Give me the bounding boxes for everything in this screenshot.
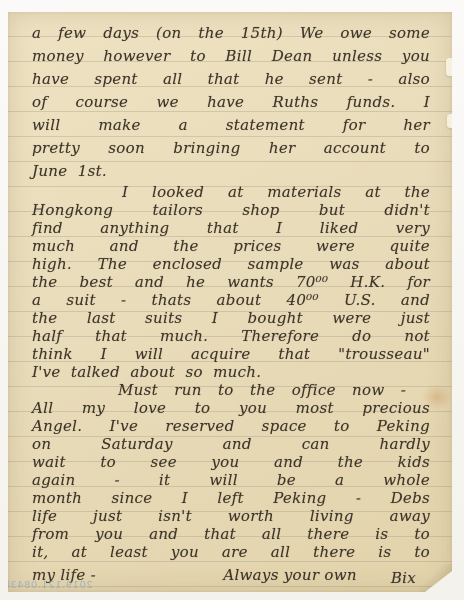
- letter-line: the last suits I bought were just: [32, 309, 430, 327]
- letter-line: find anything that I liked very: [32, 219, 430, 237]
- letter-line: a suit - thats about 40⁰⁰ U.S. and: [32, 291, 430, 309]
- signature-name: Bix: [391, 566, 416, 590]
- letter-line: wait to see you and the kids: [32, 453, 430, 471]
- letter-line: the best and he wants 70⁰⁰ H.K. for: [32, 273, 430, 291]
- letter-line: of course we have Ruths funds. I: [32, 91, 430, 114]
- letter-line: month since I left Peking - Debs: [32, 489, 430, 507]
- letter-line: money however to Bill Dean unless you: [32, 45, 430, 68]
- paper-stain: [422, 384, 452, 410]
- paper-tear: [447, 114, 453, 128]
- letter-line: a few days (on the 15th) We owe some: [32, 22, 430, 45]
- letter-line: Hongkong tailors shop but didn't: [32, 201, 430, 219]
- letter-line: will make a statement for her: [32, 114, 430, 137]
- letter-line: on Saturday and can hardly: [32, 435, 430, 453]
- letter-page: a few days (on the 15th) We owe some mon…: [8, 12, 452, 592]
- letter-line: from you and that all there is to: [32, 525, 430, 543]
- letter-line: I've talked about so much.: [32, 363, 430, 381]
- letter-body: a few days (on the 15th) We owe some mon…: [8, 12, 452, 587]
- letter-line: I looked at materials at the: [32, 183, 430, 201]
- letter-line: half that much. Therefore do not: [32, 327, 430, 345]
- letter-line: life just isn't worth living away: [32, 507, 430, 525]
- letter-line: June 1st.: [32, 160, 430, 183]
- letter-line: think I will acquire that "trousseau": [32, 345, 430, 363]
- letter-line: have spent all that he sent - also: [32, 68, 430, 91]
- letter-line: pretty soon bringing her account to: [32, 137, 430, 160]
- letter-line: much and the prices were quite: [32, 237, 430, 255]
- letter-line: All my love to you most precious: [32, 399, 430, 417]
- folded-corner: [418, 564, 452, 592]
- letter-line: high. The enclosed sample was about: [32, 255, 430, 273]
- valediction: Always your own: [223, 563, 357, 587]
- letter-line: it, at least you are all there is to: [32, 543, 430, 561]
- paper-tear: [446, 58, 453, 76]
- scan-background: a few days (on the 15th) We owe some mon…: [0, 0, 464, 600]
- accession-number-mirrored: 2019.121.0843b: [3, 580, 93, 591]
- letter-line: Must run to the office now -: [32, 381, 430, 399]
- letter-line: again - it will be a whole: [32, 471, 430, 489]
- letter-line: Angel. I've reserved space to Peking: [32, 417, 430, 435]
